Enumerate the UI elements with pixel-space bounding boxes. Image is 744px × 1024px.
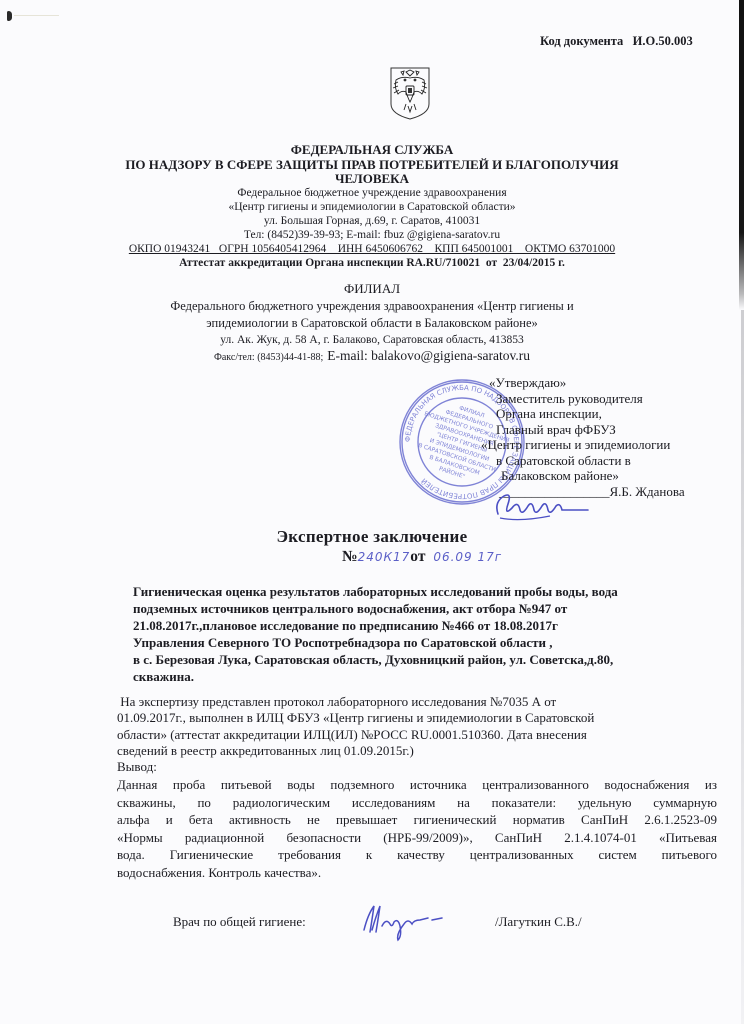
document-title: Экспертное заключение — [0, 527, 744, 547]
institution-accreditation: Аттестат аккредитации Органа инспекции R… — [0, 256, 744, 270]
subject-line: Управления Северного ТО Роспотребнадзора… — [133, 634, 733, 651]
conclusion-paragraph: Данная проба питьевой воды подземного ис… — [117, 776, 717, 881]
subject-line: подземных источников центрального водосн… — [133, 600, 733, 617]
document-date-handwritten: 06.09 17г — [433, 550, 502, 564]
branch-fax: Факс/тел: (8453)44-41-88; — [214, 352, 323, 363]
institution-contacts: Тел: (8452)39-39-93; E-mail: fbuz @gigie… — [0, 228, 744, 242]
approval-line: Органа инспекции, — [489, 406, 685, 422]
institution-name-line-1: Федеральное бюджетное учреждение здравоо… — [0, 186, 744, 200]
doctor-name: /Лагуткин С.В./ — [495, 914, 582, 930]
russian-coat-of-arms-icon — [388, 66, 432, 121]
branch-address: ул. Ак. Жук, д. 58 А, г. Балаково, Сарат… — [0, 332, 744, 348]
subject-line: Гигиеническая оценка результатов лаборат… — [133, 583, 733, 600]
document-subject: Гигиеническая оценка результатов лаборат… — [133, 583, 733, 685]
branch-name-line-2: эпидемиологии в Саратовской области в Ба… — [0, 315, 744, 331]
number-prefix: № — [342, 548, 358, 565]
protocol-line: сведений в реестр аккредитованных лиц 01… — [117, 743, 717, 759]
approval-line: Балаковском районе» — [489, 468, 685, 484]
protocol-line: области» (аттестат аккредитации ИЛЦ(ИЛ) … — [117, 727, 717, 743]
conclusion-heading: Вывод: — [117, 759, 717, 775]
document-number-row: №240К17от 06.09 17г — [342, 548, 502, 566]
subject-line: в с. Березовая Лука, Саратовская область… — [133, 651, 733, 668]
conclusion-line: вода. Гигиенические требования к качеств… — [117, 846, 717, 864]
date-prefix: от — [410, 548, 425, 565]
handwritten-signature-icon — [490, 488, 590, 524]
approval-line: «Центр гигиены и эпидемиологии — [481, 437, 685, 453]
conclusion-line: Данная проба питьевой воды подземного ис… — [117, 776, 717, 794]
institution-address: ул. Большая Горная, д.69, г. Саратов, 41… — [0, 214, 744, 228]
conclusion-line: альфа и бета активность не превышает гиг… — [117, 811, 717, 829]
scan-artifact-line — [14, 15, 59, 16]
document-code: Код документа И.О.50.003 — [540, 34, 693, 49]
subject-line: 21.08.2017г.,плановое исследование по пр… — [133, 617, 733, 634]
institution-name-line-2: «Центр гигиены и эпидемиологии в Саратов… — [0, 200, 744, 214]
doctor-handwritten-signature-icon — [358, 900, 448, 942]
approval-line: Заместитель руководителя — [489, 391, 685, 407]
protocol-paragraph: На экспертизу представлен протокол лабор… — [117, 694, 717, 775]
approval-block: «Утверждаю» Заместитель руководителя Орг… — [489, 375, 685, 499]
branch-title: ФИЛИАЛ — [0, 281, 744, 297]
branch-contacts: Факс/тел: (8453)44-41-88; E-mail: balako… — [0, 348, 744, 366]
protocol-line: На экспертизу представлен протокол лабор… — [117, 694, 717, 710]
document-code-label: Код документа — [540, 34, 623, 48]
conclusion-line: скважины, по радиологическим исследовани… — [117, 794, 717, 812]
approval-line: Главный врач фФБУЗ — [489, 422, 685, 438]
document-number-handwritten: 240К17 — [358, 550, 411, 564]
doctor-label: Врач по общей гигиене: — [173, 914, 306, 930]
branch-name-line-1: Федерального бюджетного учреждения здрав… — [0, 298, 744, 314]
scan-corner-mark — [7, 11, 12, 21]
conclusion-line: водоснабжения. Контроль качества». — [117, 864, 717, 882]
branch-email: E-mail: balakovo@gigiena-saratov.ru — [327, 348, 530, 363]
document-code-value: И.О.50.003 — [633, 34, 693, 48]
approval-signatory: Я.Б. Жданова — [610, 484, 685, 499]
institution-registry-codes: ОКПО 01943241 ОГРН 1056405412964 ИНН 645… — [0, 242, 744, 256]
protocol-line: 01.09.2017г., выполнен в ИЛЦ ФБУЗ «Центр… — [117, 710, 717, 726]
approval-line: в Саратовской области в — [489, 453, 685, 469]
approval-line: «Утверждаю» — [489, 375, 685, 391]
agency-name-line-3: ЧЕЛОВЕКА — [0, 172, 744, 186]
agency-name-line-1: ФЕДЕРАЛЬНАЯ СЛУЖБА — [0, 143, 744, 157]
agency-name-line-2: ПО НАДЗОРУ В СФЕРЕ ЗАЩИТЫ ПРАВ ПОТРЕБИТЕ… — [0, 158, 744, 172]
conclusion-line: «Нормы радиационной безопасности (НРБ-99… — [117, 829, 717, 847]
subject-line: скважина. — [133, 668, 733, 685]
